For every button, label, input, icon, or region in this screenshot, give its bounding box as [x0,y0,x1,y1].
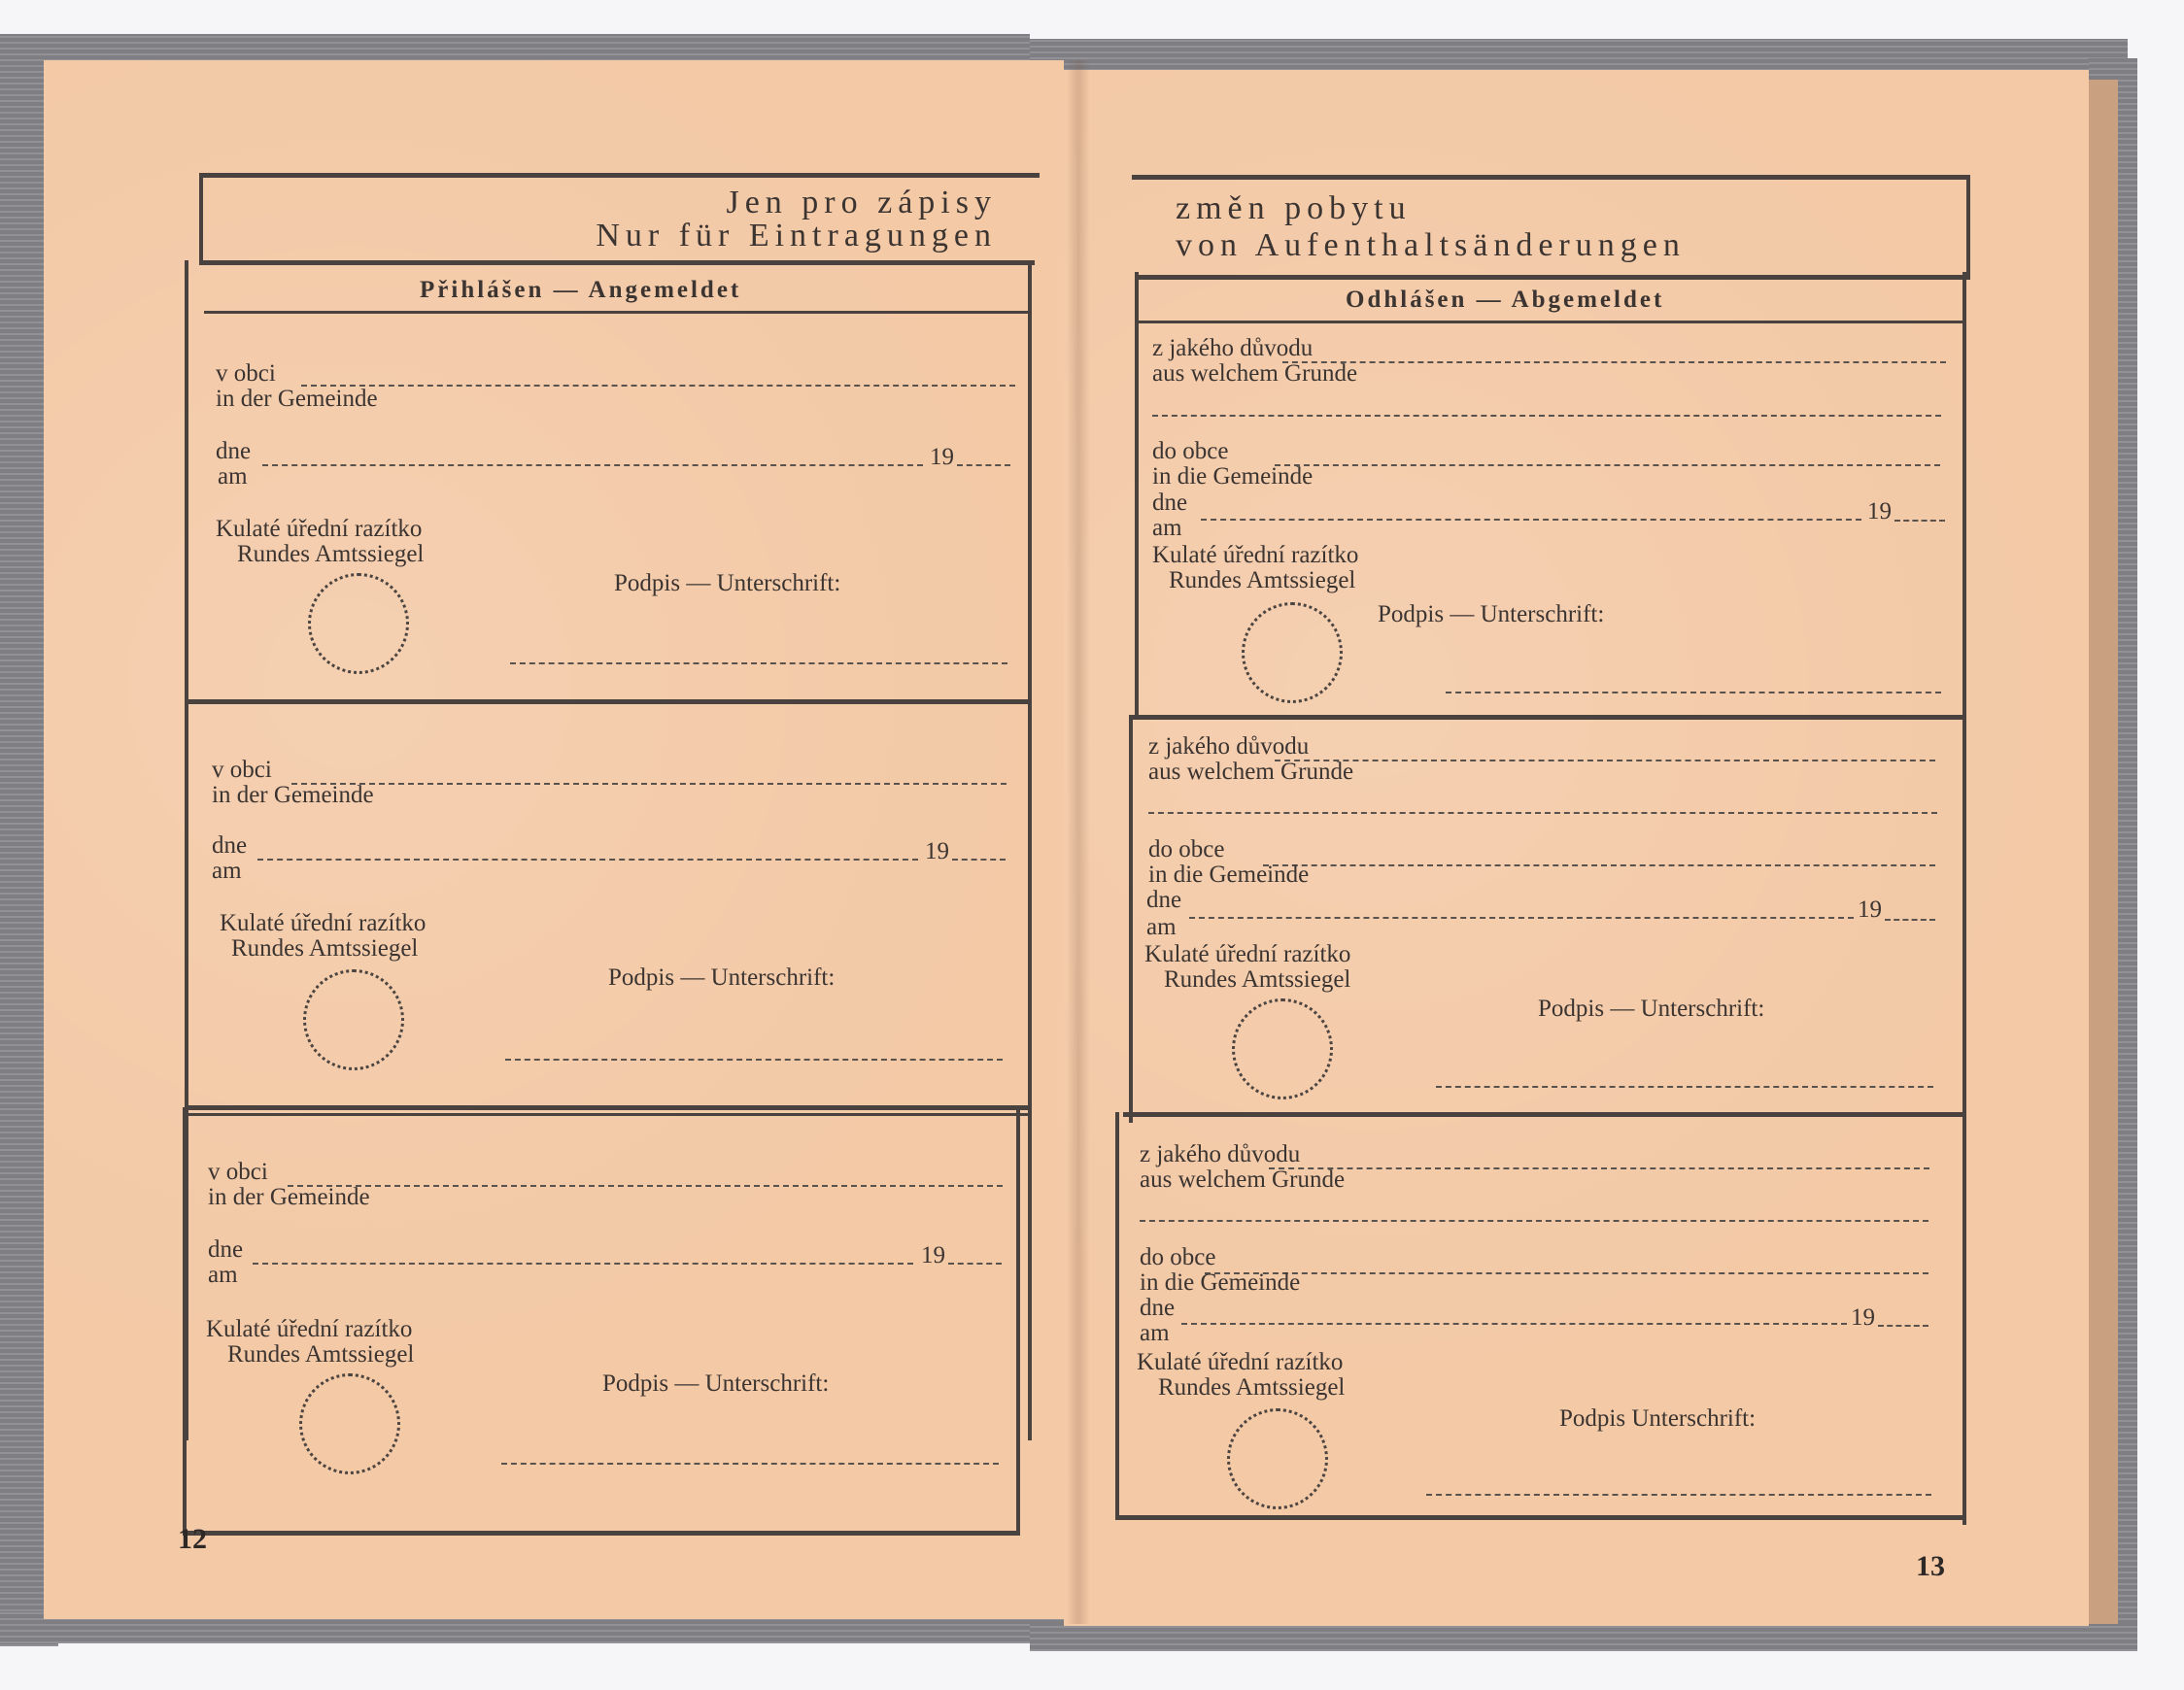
seal-label-cz: Kulaté úřední razítko [216,517,422,541]
seal-label-de: Rundes Amtssiegel [227,1342,414,1367]
date-label-cz: dne [212,833,247,858]
seal-label-cz: Kulaté úřední razítko [1144,942,1350,966]
seal-circle-icon [303,969,404,1070]
signature-label: Podpis — Unterschrift: [1378,602,1604,626]
year-prefix: 19 [921,1243,945,1267]
reason-field-2[interactable] [1140,1220,1928,1222]
place-field[interactable] [291,783,1007,785]
page-edge-stack [2089,80,2118,1624]
dest-field[interactable] [1263,864,1935,866]
date-field[interactable] [1189,917,1854,919]
year-field[interactable] [952,859,1006,861]
seal-circle-icon [299,1373,400,1474]
reason-label-de: aus welchem Grunde [1140,1167,1345,1192]
right-box-bottom-border [1115,1515,1966,1520]
reason-label-cz: z jakého důvodu [1152,336,1313,360]
date-label-de: am [212,859,242,883]
dest-label-de: in die Gemeinde [1152,464,1313,489]
place-label-cz: v obci [212,758,272,782]
dest-label-cz: do obce [1152,439,1228,463]
seal-circle-icon [1242,602,1343,703]
date-label-de: am [1140,1321,1170,1345]
date-label-de: am [1146,915,1177,939]
signature-label: Podpis — Unterschrift: [614,571,840,595]
place-field[interactable] [288,1185,1003,1187]
signature-field[interactable] [1436,1086,1933,1088]
date-field[interactable] [1181,1323,1847,1325]
year-field[interactable] [948,1263,1002,1265]
book-gutter [1067,60,1090,1624]
seal-circle-icon [1227,1408,1328,1509]
date-field[interactable] [262,464,923,466]
year-field[interactable] [1894,520,1945,522]
reason-field[interactable] [1282,361,1946,363]
signature-label: Podpis — Unterschrift: [1538,997,1764,1021]
signature-field[interactable] [1426,1494,1931,1496]
left-box-bottom-border [183,1531,1020,1536]
signature-label: Podpis — Unterschrift: [602,1371,829,1396]
dest-field[interactable] [1275,464,1940,466]
reason-label-cz: z jakého důvodu [1148,734,1309,759]
reason-label-cz: z jakého důvodu [1140,1142,1300,1166]
left-box-right-border [1028,260,1032,1440]
right-box-left-border [1135,272,1139,719]
seal-circle-icon [308,573,409,674]
signature-field[interactable] [501,1463,999,1465]
left-page-number: 12 [178,1523,207,1556]
year-prefix: 19 [930,445,954,469]
seal-label-de: Rundes Amtssiegel [231,936,418,961]
right-title-line1: změn pobytu [1176,192,1412,225]
seal-label-de: Rundes Amtssiegel [1164,967,1350,992]
left-title-line1: Jen pro zápisy [726,186,997,220]
book-cover-bottom-right [1030,1622,2137,1651]
year-field[interactable] [1878,1325,1928,1327]
reason-field[interactable] [1269,1167,1929,1169]
date-label-cz: dne [1140,1296,1175,1320]
year-prefix: 19 [1867,499,1892,524]
right-title-line2: von Aufenthaltsänderungen [1176,229,1686,262]
seal-label-cz: Kulaté úřední razítko [220,911,426,935]
dest-field[interactable] [1205,1272,1928,1274]
seal-label-de: Rundes Amtssiegel [1158,1375,1345,1400]
signature-field[interactable] [505,1059,1003,1061]
seal-label-cz: Kulaté úřední razítko [206,1317,412,1341]
date-field[interactable] [257,859,918,861]
date-label-cz: dne [208,1237,243,1262]
right-box-right-border [1962,272,1966,1525]
date-field[interactable] [1201,519,1861,521]
date-label-de: am [1152,516,1182,540]
reason-field-2[interactable] [1152,415,1941,417]
seal-label-cz: Kulaté úřední razítko [1137,1350,1343,1374]
reason-field-2[interactable] [1148,812,1937,814]
reason-label-de: aus welchem Grunde [1152,361,1357,386]
year-field[interactable] [1885,919,1935,921]
year-prefix: 19 [1851,1305,1875,1330]
seal-label-de: Rundes Amtssiegel [237,542,424,566]
signature-field[interactable] [1446,692,1941,693]
dest-label-cz: do obce [1140,1245,1215,1269]
year-prefix: 19 [925,839,949,863]
date-label-cz: dne [216,439,251,463]
reason-field[interactable] [1275,760,1935,761]
signature-field[interactable] [510,662,1007,664]
seal-label-de: Rundes Amtssiegel [1169,568,1355,592]
seal-circle-icon [1232,998,1333,1099]
place-label-de: in der Gemeinde [212,783,374,807]
reason-label-de: aus welchem Grunde [1148,760,1353,784]
place-label-de: in der Gemeinde [216,387,378,411]
place-label-cz: v obci [216,361,276,386]
year-prefix: 19 [1858,897,1882,922]
date-label-de: am [218,464,248,489]
signature-label: Podpis — Unterschrift: [608,965,835,990]
date-label-cz: dne [1146,888,1181,912]
date-label-de: am [208,1263,238,1287]
seal-label-cz: Kulaté úřední razítko [1152,543,1358,567]
place-label-cz: v obci [208,1160,268,1184]
date-field[interactable] [253,1263,913,1265]
place-field[interactable] [301,385,1015,387]
right-page-number: 13 [1916,1550,1945,1583]
left-section-header: Přihlášen — Angemeldet [420,278,741,302]
dest-label-cz: do obce [1148,837,1224,862]
year-field[interactable] [957,464,1010,466]
signature-label: Podpis Unterschrift: [1559,1406,1756,1431]
left-title-line2: Nur für Eintragungen [596,220,997,253]
place-label-de: in der Gemeinde [208,1185,370,1209]
date-label-cz: dne [1152,490,1187,515]
dest-label-de: in die Gemeinde [1140,1270,1300,1295]
dest-label-de: in die Gemeinde [1148,862,1309,887]
right-section-header: Odhlášen — Abgemeldet [1346,287,1664,312]
